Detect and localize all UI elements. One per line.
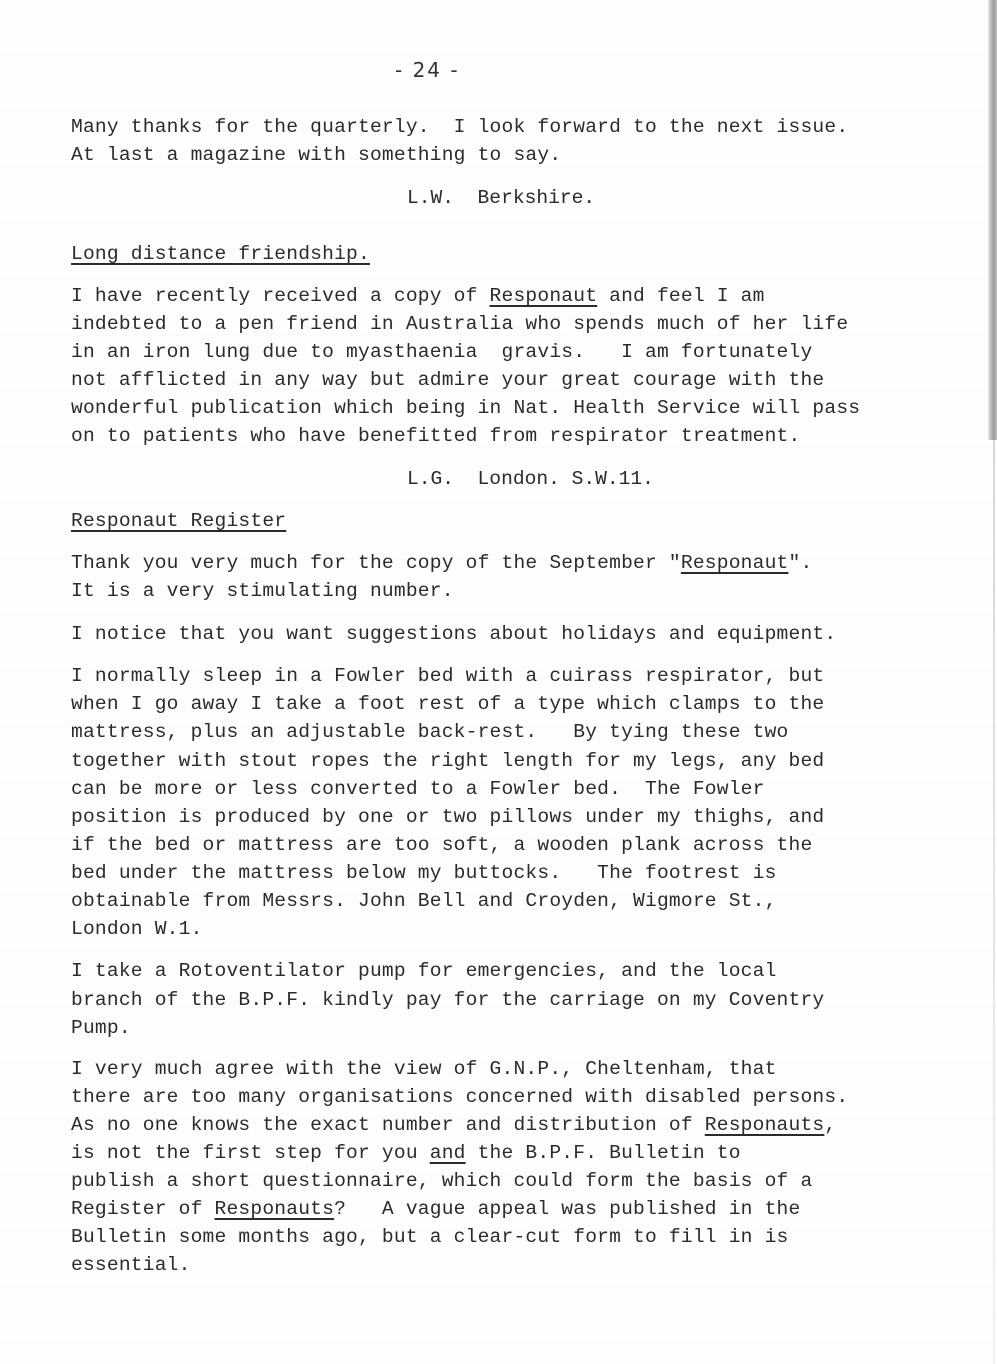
letter-3-line-9: position is produced by one or two pillo… bbox=[71, 803, 824, 831]
letter-3-line-14: I take a Rotoventilator pump for emergen… bbox=[71, 957, 777, 985]
publication-name: Responauts bbox=[705, 1114, 825, 1136]
text: and feel I am bbox=[597, 285, 764, 307]
letter-3-line-17: I very much agree with the view of G.N.P… bbox=[71, 1055, 777, 1083]
letter-3-line-11: bed under the mattress below my buttocks… bbox=[71, 859, 777, 887]
letter-3-line-1: Thank you very much for the copy of the … bbox=[71, 549, 812, 577]
page-edge-line bbox=[993, 440, 995, 1364]
text: the B.P.F. Bulletin to bbox=[466, 1142, 741, 1164]
letter-3-line-12: obtainable from Messrs. John Bell and Cr… bbox=[71, 887, 777, 915]
publication-name: Responaut bbox=[681, 552, 789, 574]
letter-2-line-5: wonderful publication which being in Nat… bbox=[71, 394, 860, 422]
document-page: - 24 - Many thanks for the quarterly. I … bbox=[0, 0, 997, 1364]
text: Register of bbox=[71, 1198, 215, 1220]
text: I have recently received a copy of bbox=[71, 285, 490, 307]
letter-3-line-20: is not the first step for you and the B.… bbox=[71, 1139, 741, 1167]
letter-2-line-4: not afflicted in any way but admire your… bbox=[71, 366, 824, 394]
letter-3-line-3: I notice that you want suggestions about… bbox=[71, 620, 836, 648]
letter-3-line-21: publish a short questionnaire, which cou… bbox=[71, 1167, 812, 1195]
letter-3-heading: Responaut Register bbox=[71, 507, 286, 535]
text: ". bbox=[789, 552, 813, 574]
letter-3-line-6: mattress, plus an adjustable back-rest. … bbox=[71, 718, 789, 746]
letter-1-line-1: Many thanks for the quarterly. I look fo… bbox=[71, 113, 848, 141]
letter-3-line-22: Register of Responauts? A vague appeal w… bbox=[71, 1195, 800, 1223]
letter-2-line-3: in an iron lung due to myasthaenia gravi… bbox=[71, 338, 812, 366]
letter-2-line-1: I have recently received a copy of Respo… bbox=[71, 282, 765, 310]
page-edge-shadow bbox=[988, 0, 997, 440]
text: is not the first step for you bbox=[71, 1142, 430, 1164]
letter-3-line-4: I normally sleep in a Fowler bed with a … bbox=[71, 662, 824, 690]
letter-3-line-18: there are too many organisations concern… bbox=[71, 1083, 848, 1111]
letter-2-line-6: on to patients who have benefitted from … bbox=[71, 422, 800, 450]
letter-3-line-7: together with stout ropes the right leng… bbox=[71, 747, 824, 775]
letter-3-line-23: Bulletin some months ago, but a clear-cu… bbox=[71, 1223, 789, 1251]
letter-3-line-15: branch of the B.P.F. kindly pay for the … bbox=[71, 986, 824, 1014]
letter-2-line-2: indebted to a pen friend in Australia wh… bbox=[71, 310, 848, 338]
letter-3-line-10: if the bed or mattress are too soft, a w… bbox=[71, 831, 812, 859]
text: ? A vague appeal was published in the bbox=[334, 1198, 800, 1220]
letter-3-line-5: when I go away I take a foot rest of a t… bbox=[71, 690, 824, 718]
text: As no one knows the exact number and dis… bbox=[71, 1114, 705, 1136]
text: , bbox=[824, 1114, 836, 1136]
letter-2-heading: Long distance friendship. bbox=[71, 240, 370, 268]
publication-name: Responaut bbox=[490, 285, 598, 307]
page-number: - 24 - bbox=[395, 58, 460, 82]
letter-3-line-2: It is a very stimulating number. bbox=[71, 577, 454, 605]
text: Thank you very much for the copy of the … bbox=[71, 552, 681, 574]
letter-1-line-2: At last a magazine with something to say… bbox=[71, 141, 561, 169]
letter-3-line-13: London W.1. bbox=[71, 915, 203, 943]
letter-3-line-8: can be more or less converted to a Fowle… bbox=[71, 775, 765, 803]
emphasis: and bbox=[430, 1142, 466, 1164]
letter-2-signature: L.G. London. S.W.11. bbox=[407, 465, 654, 493]
publication-name: Responauts bbox=[215, 1198, 335, 1220]
letter-1-signature: L.W. Berkshire. bbox=[407, 184, 595, 212]
letter-3-line-24: essential. bbox=[71, 1251, 191, 1279]
letter-3-line-16: Pump. bbox=[71, 1014, 131, 1042]
letter-3-line-19: As no one knows the exact number and dis… bbox=[71, 1111, 836, 1139]
